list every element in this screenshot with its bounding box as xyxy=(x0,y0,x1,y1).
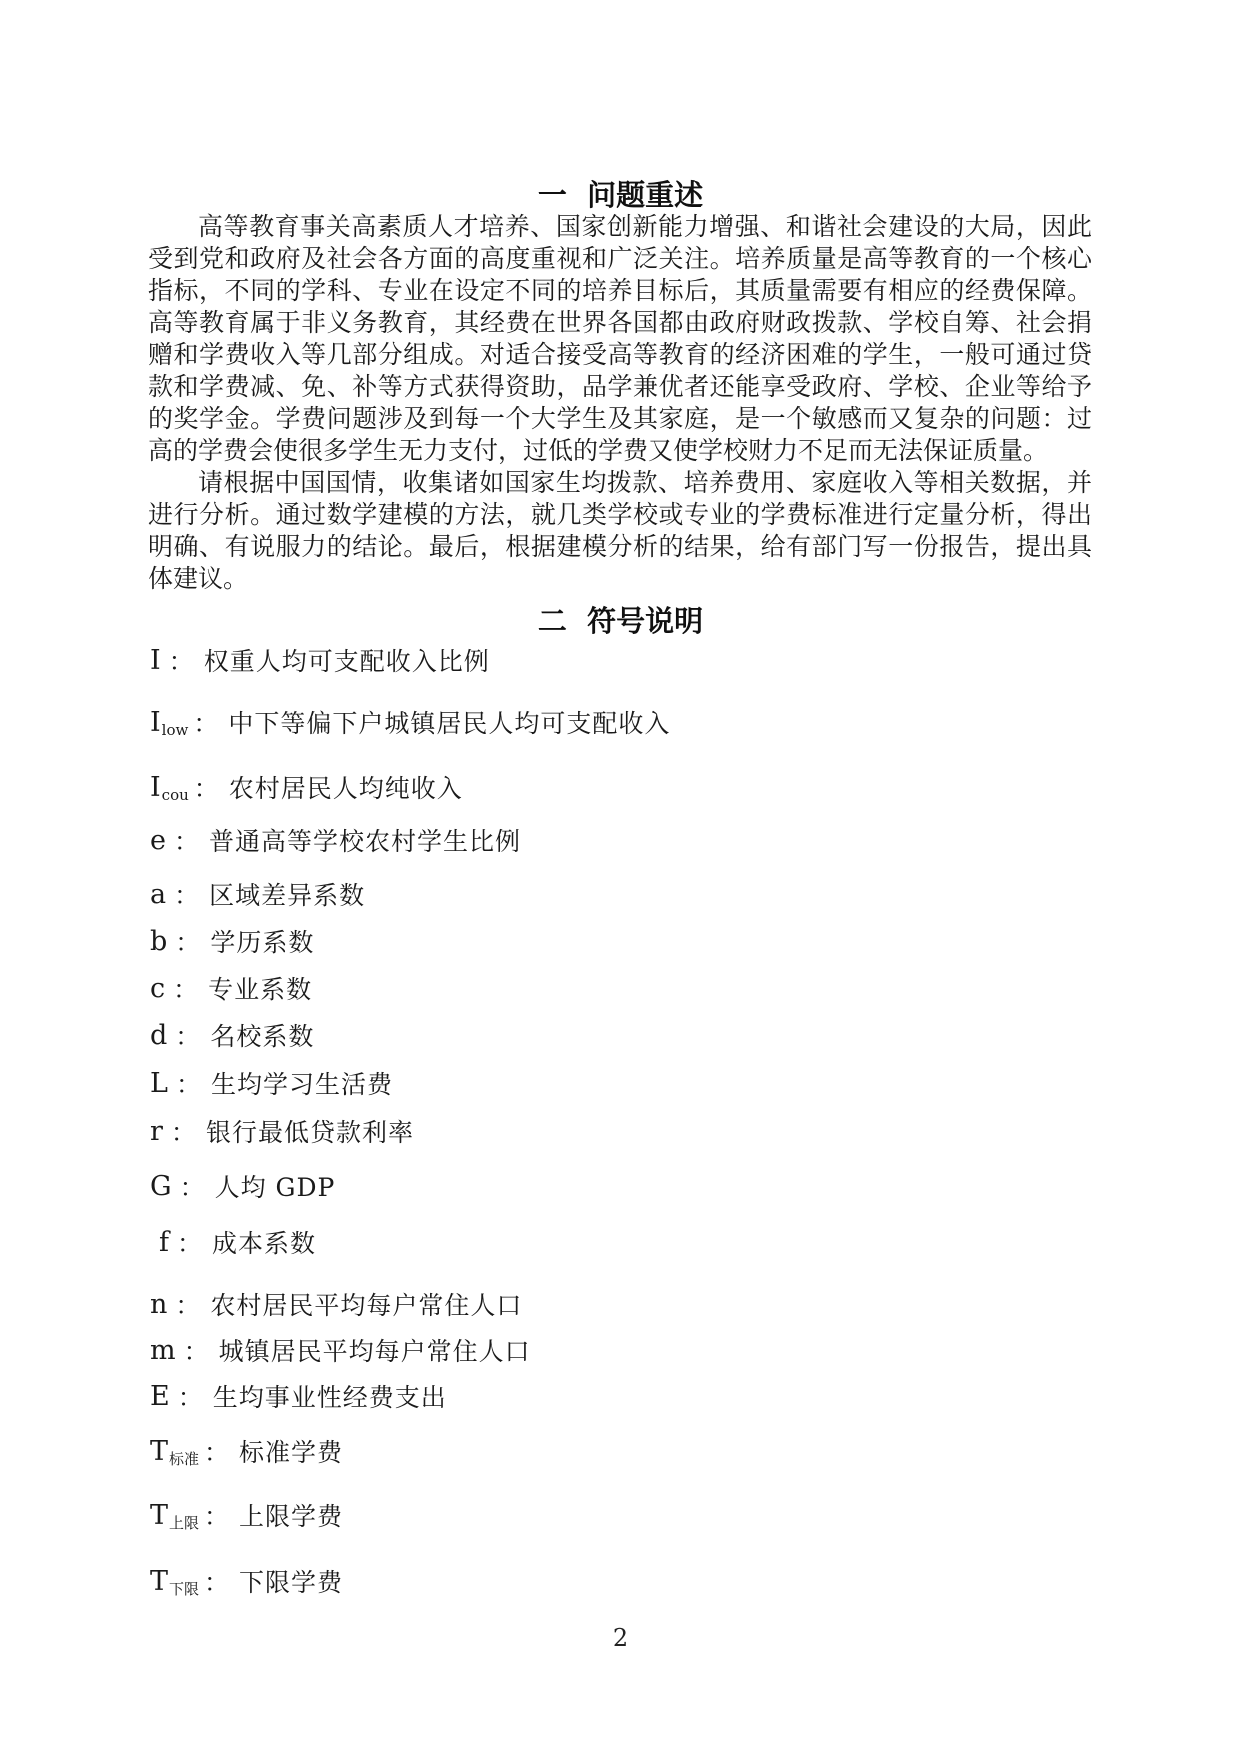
symbol-definition-row: b ： 学历系数 xyxy=(150,918,1094,964)
symbol-description: 中下等偏下户城镇居民人均可支配收入 xyxy=(228,704,670,740)
symbol-definition-row: T 下限 ： 下限学费 xyxy=(150,1558,1094,1604)
symbol-colon: ： xyxy=(176,1065,201,1101)
symbol-colon: ： xyxy=(174,822,199,858)
symbol-definition-row: T 标准 ： 标准学费 xyxy=(150,1428,1094,1474)
symbol-colon: ： xyxy=(175,1017,200,1053)
symbol-description: 银行最低贷款利率 xyxy=(206,1113,414,1149)
symbol-description: 人均 GDP xyxy=(215,1168,336,1204)
symbol-description: 权重人均可支配收入比例 xyxy=(204,642,490,678)
paragraph: 高等教育事关高素质人才培养、国家创新能力增强、和谐社会建设的大局，因此受到党和政… xyxy=(148,211,1092,467)
symbol-description: 下限学费 xyxy=(239,1563,343,1599)
symbol-colon: ： xyxy=(171,1113,196,1149)
symbol-definition-row: f ： 成本系数 xyxy=(150,1219,1094,1265)
symbol-colon: ： xyxy=(178,1378,203,1414)
symbol-definition-row: I low ： 中下等偏下户城镇居民人均可支配收入 xyxy=(150,699,1094,745)
symbol-description: 名校系数 xyxy=(210,1017,314,1053)
symbol-letter: f xyxy=(159,1229,169,1256)
symbol-definition-row: I cou ： 农村居民人均纯收入 xyxy=(150,764,1094,810)
symbol-letter: a xyxy=(150,881,166,908)
symbol-description: 生均事业性经费支出 xyxy=(213,1378,447,1414)
symbol-letter: G xyxy=(150,1173,172,1200)
symbol-colon: ： xyxy=(177,1224,202,1260)
symbol-description: 成本系数 xyxy=(212,1224,316,1260)
symbol-subscript: low xyxy=(162,723,189,738)
symbol-description: 专业系数 xyxy=(208,970,312,1006)
symbol-colon: ： xyxy=(194,769,219,805)
symbol-subscript: 标准 xyxy=(169,1452,199,1467)
symbol-definition-row: c ： 专业系数 xyxy=(150,965,1094,1011)
symbol-definition-row: a ： 区域差异系数 xyxy=(150,871,1094,917)
symbol-definition-row: e ： 普通高等学校农村学生比例 xyxy=(150,817,1094,863)
symbol-description: 上限学费 xyxy=(239,1497,343,1533)
symbol-letter: e xyxy=(150,827,166,854)
document-page: 一 问题重述 高等教育事关高素质人才培养、国家创新能力增强、和谐社会建设的大局，… xyxy=(0,0,1241,1755)
symbol-letter: T xyxy=(150,1502,168,1529)
symbol-description: 标准学费 xyxy=(239,1433,343,1469)
symbol-definition-row: T 上限 ： 上限学费 xyxy=(150,1492,1094,1538)
symbol-description: 普通高等学校农村学生比例 xyxy=(209,822,521,858)
symbol-letter: L xyxy=(150,1070,168,1097)
symbol-letter: T xyxy=(150,1438,168,1465)
symbol-definition-row: I ： 权重人均可支配收入比例 xyxy=(150,637,1094,683)
page-number: 2 xyxy=(0,1624,1241,1652)
symbol-description: 城镇居民平均每户常住人口 xyxy=(219,1332,531,1368)
symbol-colon: ： xyxy=(193,704,218,740)
symbol-colon: ： xyxy=(180,1168,205,1204)
symbol-letter: d xyxy=(150,1022,167,1049)
symbol-colon: ： xyxy=(175,1286,200,1322)
symbol-colon: ： xyxy=(169,642,194,678)
symbol-letter: c xyxy=(150,975,165,1002)
symbol-letter: n xyxy=(150,1291,167,1318)
symbol-description: 区域差异系数 xyxy=(209,876,365,912)
symbol-letter: m xyxy=(150,1337,176,1364)
section-heading-problem-restatement: 一 问题重述 xyxy=(0,177,1241,213)
symbol-definition-row: m ： 城镇居民平均每户常住人口 xyxy=(150,1327,1094,1373)
symbol-letter: I xyxy=(150,709,161,736)
symbol-letter: T xyxy=(150,1568,168,1595)
symbol-subscript: cou xyxy=(162,788,189,803)
symbol-description: 农村居民平均每户常住人口 xyxy=(210,1286,522,1322)
symbol-subscript: 下限 xyxy=(169,1582,199,1597)
symbol-letter: E xyxy=(150,1383,170,1410)
symbol-description: 生均学习生活费 xyxy=(211,1065,393,1101)
symbol-colon: ： xyxy=(204,1497,229,1533)
symbol-definition-row: d ： 名校系数 xyxy=(150,1012,1094,1058)
symbol-description: 农村居民人均纯收入 xyxy=(229,769,463,805)
section-heading-symbol-explanation: 二 符号说明 xyxy=(0,603,1241,639)
symbol-letter: I xyxy=(150,647,161,674)
symbol-definition-row: r ： 银行最低贷款利率 xyxy=(150,1108,1094,1154)
symbol-definition-row: G ： 人均 GDP xyxy=(150,1163,1094,1209)
paragraph: 请根据中国国情，收集诸如国家生均拨款、培养费用、家庭收入等相关数据，并进行分析。… xyxy=(148,467,1092,595)
symbol-colon: ： xyxy=(204,1563,229,1599)
symbol-colon: ： xyxy=(184,1332,209,1368)
problem-restatement-body: 高等教育事关高素质人才培养、国家创新能力增强、和谐社会建设的大局，因此受到党和政… xyxy=(148,211,1092,595)
symbol-description: 学历系数 xyxy=(210,923,314,959)
symbol-letter: r xyxy=(150,1118,163,1145)
symbol-definition-list: I ： 权重人均可支配收入比例 I low ： 中下等偏下户城镇居民人均可支配收… xyxy=(150,637,1094,1604)
symbol-colon: ： xyxy=(173,970,198,1006)
symbol-definition-row: n ： 农村居民平均每户常住人口 xyxy=(150,1281,1094,1327)
symbol-colon: ： xyxy=(204,1433,229,1469)
symbol-subscript: 上限 xyxy=(169,1516,199,1531)
symbol-definition-row: E ： 生均事业性经费支出 xyxy=(150,1373,1094,1419)
symbol-colon: ： xyxy=(174,876,199,912)
symbol-letter: I xyxy=(150,774,161,801)
symbol-definition-row: L ： 生均学习生活费 xyxy=(150,1060,1094,1106)
symbol-colon: ： xyxy=(175,923,200,959)
symbol-letter: b xyxy=(150,928,167,955)
